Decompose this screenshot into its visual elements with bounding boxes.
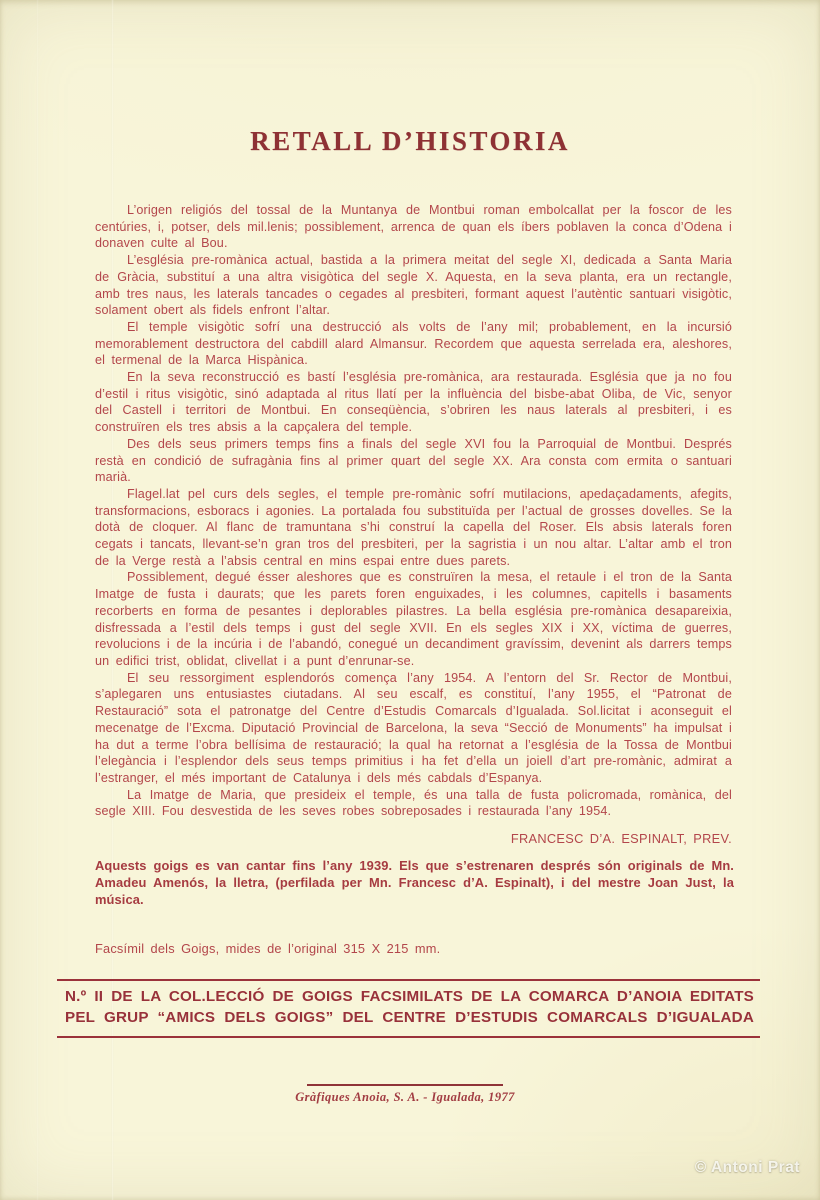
scanned-page: RETALL D’HISTORIA L’origen religiós del … bbox=[0, 0, 820, 1200]
body-paragraph: El temple visigòtic sofrí una destrucció… bbox=[95, 319, 732, 369]
paper-crease bbox=[36, 0, 39, 1200]
colophon-box: N.º II DE LA COL.LECCIÓ DE GOIGS FACSIMI… bbox=[57, 979, 760, 1038]
article-body: L’origen religiós del tossal de la Munta… bbox=[95, 202, 732, 820]
author-signature: FRANCESC D’A. ESPINALT, PREV. bbox=[95, 831, 732, 846]
body-paragraph: L’església pre-romànica actual, bastida … bbox=[95, 252, 732, 319]
body-paragraph: En la seva reconstrucció es bastí l’esgl… bbox=[95, 369, 732, 436]
body-paragraph: El seu ressorgiment esplendorós comença … bbox=[95, 670, 732, 787]
body-paragraph: Flagel.lat pel curs dels segles, el temp… bbox=[95, 486, 732, 570]
copyright-watermark: © Antoni Prat bbox=[695, 1159, 800, 1177]
imprint-rule bbox=[307, 1084, 503, 1086]
editors-note: Aquests goigs es van cantar fins l’any 1… bbox=[95, 857, 734, 909]
body-paragraph: L’origen religiós del tossal de la Munta… bbox=[95, 202, 732, 252]
body-paragraph: Des dels seus primers temps fins a final… bbox=[95, 436, 732, 486]
facsimile-caption: Facsímil dels Goigs, mides de l’original… bbox=[95, 941, 734, 956]
printer-imprint: Gràfiques Anoia, S. A. - Igualada, 1977 bbox=[255, 1090, 555, 1105]
document-title: RETALL D’HISTORIA bbox=[0, 126, 820, 157]
body-paragraph: La Imatge de Maria, que presideix el tem… bbox=[95, 787, 732, 820]
body-paragraph: Possiblement, degué ésser aleshores que … bbox=[95, 569, 732, 669]
